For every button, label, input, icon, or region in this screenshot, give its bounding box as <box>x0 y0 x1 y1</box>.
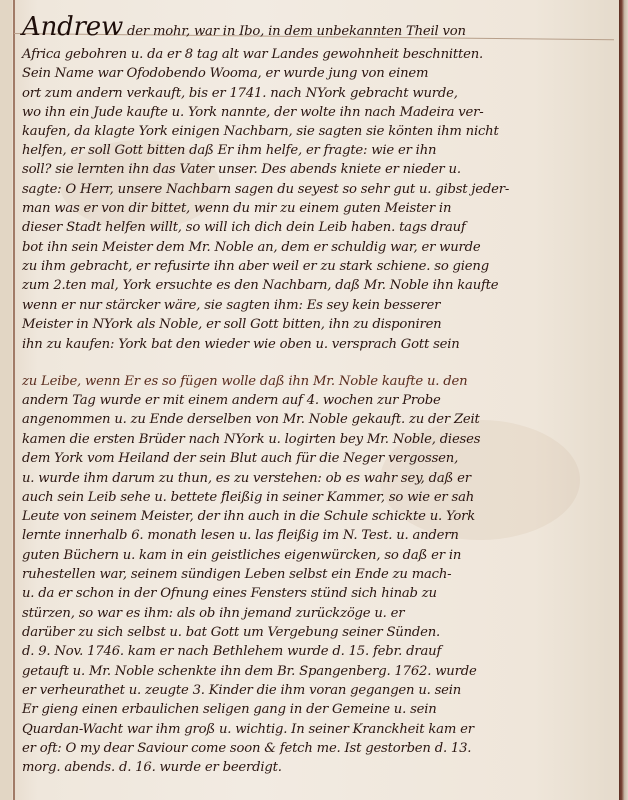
text-line: soll? sie lernten ihn das Vater unser. D… <box>22 162 461 177</box>
margin-rule <box>13 0 15 800</box>
text-line: dieser Stadt helfen willt, so will ich d… <box>22 220 466 235</box>
page-left-edge <box>0 0 12 800</box>
text-line: er verheurathet u. zeugte 3. Kinder die … <box>22 683 461 698</box>
text-line: bot ihn sein Meister dem Mr. Noble an, d… <box>22 240 481 255</box>
text-line: ort zum andern verkauft, bis er 1741. na… <box>22 86 458 101</box>
text-line: wo ihn ein Jude kaufte u. York nannte, d… <box>22 105 483 120</box>
text-line: Quardan-Wacht war ihm groß u. wichtig. I… <box>22 722 474 737</box>
text-line: sagte: O Herr, unsere Nachbarn sagen du … <box>22 182 509 197</box>
text-line: Leute von seinem Meister, der ihn auch i… <box>22 509 475 524</box>
text-line: darüber zu sich selbst u. bat Gott um Ve… <box>22 625 440 640</box>
page-right-edge <box>619 0 628 800</box>
text-line: angenommen u. zu Ende derselben von Mr. … <box>22 412 480 427</box>
text-line: helfen, er soll Gott bitten daß Er ihm h… <box>22 143 436 158</box>
text-line: stürzen, so war es ihm: als ob ihn jeman… <box>22 606 404 621</box>
text-line: auch sein Leib sehe u. bettete fleißig i… <box>22 490 474 505</box>
text-line: Er gieng einen erbaulichen seligen gang … <box>22 702 437 717</box>
text-line: Africa gebohren u. da er 8 tag alt war L… <box>22 47 483 62</box>
text-line: ruhestellen war, seinem sündigen Leben s… <box>22 567 451 582</box>
text-line: u. wurde ihm darum zu thun, es zu verste… <box>22 471 471 486</box>
text-line: man was er von dir bittet, wenn du mir z… <box>22 201 451 216</box>
text-line: er oft: O my dear Saviour come soon & fe… <box>22 741 471 756</box>
text-line: zum 2.ten mal, York ersuchte es den Nach… <box>22 278 498 293</box>
text-line: Meister in NYork als Noble, er soll Gott… <box>22 317 441 332</box>
subject-name: Andrew <box>22 12 123 42</box>
text-line: getauft u. Mr. Noble schenkte ihn dem Br… <box>22 664 477 679</box>
text-line: guten Büchern u. kam in ein geistliches … <box>22 548 461 563</box>
text-line: andern Tag wurde er mit einem andern auf… <box>22 393 441 408</box>
text-line: zu Leibe, wenn Er es so fügen wolle daß … <box>22 374 467 389</box>
text-line: wenn er nur stärcker wäre, sie sagten ih… <box>22 298 440 313</box>
text-line: kamen die ersten Brüder nach NYork u. lo… <box>22 432 480 447</box>
text-line: lernte innerhalb 6. monath lesen u. las … <box>22 528 459 543</box>
text-line: Sein Name war Ofodobendo Wooma, er wurde… <box>22 66 428 81</box>
text-line: morg. abends. d. 16. wurde er beerdigt. <box>22 760 282 775</box>
text-line: u. da er schon in der Ofnung eines Fenst… <box>22 586 437 601</box>
text-line: kaufen, da klagte York einigen Nachbarn,… <box>22 124 499 139</box>
text-line: dem York vom Heiland der sein Blut auch … <box>22 451 458 466</box>
text-line: ihn zu kaufen: York bat den wieder wie o… <box>22 337 460 352</box>
line-text: der mohr, war in Ibo, in dem unbekannten… <box>127 24 466 39</box>
text-line: zu ihm gebracht, er refusirte ihn aber w… <box>22 259 489 274</box>
manuscript-page: Andrewder mohr, war in Ibo, in dem unbek… <box>0 0 628 800</box>
text-line: Andrewder mohr, war in Ibo, in dem unbek… <box>22 12 466 42</box>
text-line: d. 9. Nov. 1746. kam er nach Bethlehem w… <box>22 644 441 659</box>
